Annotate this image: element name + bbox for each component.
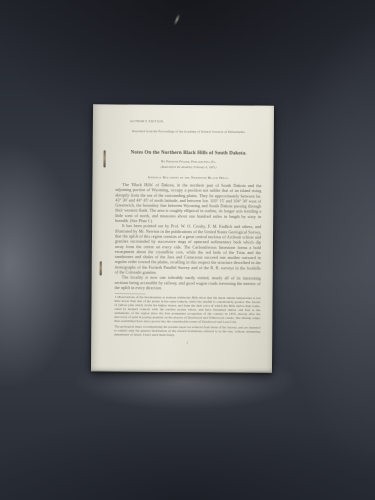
section-heading: General Relations of the Northern Black … [115,175,261,180]
document-page: AUTHOR'S EDITION. Reprinted from the Pro… [91,104,274,371]
page-number: 1 [114,340,260,345]
scratch-mark [174,14,180,25]
footnote-rule [115,294,146,295]
byline: By Persifor Frazer, Philadelphia, Pa. [116,159,262,164]
photo-background: AUTHOR'S EDITION. Reprinted from the Pro… [0,0,375,500]
body-paragraph: The 'Black Hills' of Dakota, in the nort… [115,182,261,224]
read-line: (Read before the Academy, February 6, 19… [116,165,262,169]
body-paragraph: It has been pointed out by Prof. W. O. C… [115,223,261,276]
body-paragraph: The locality is now one tolerably easily… [115,275,261,292]
pamphlet-paper: AUTHOR'S EDITION. Reprinted from the Pro… [91,104,274,372]
footnote: 1 Observations of the thermometer at sta… [114,296,260,325]
reprint-line: Reprinted from the Proceedings of the Ac… [116,129,262,134]
document-title: Notes On the Northern Black Hills of Sou… [116,149,262,156]
footnote: The geological maps accompanying the pre… [114,325,260,338]
edition-note: AUTHOR'S EDITION. [130,120,262,125]
